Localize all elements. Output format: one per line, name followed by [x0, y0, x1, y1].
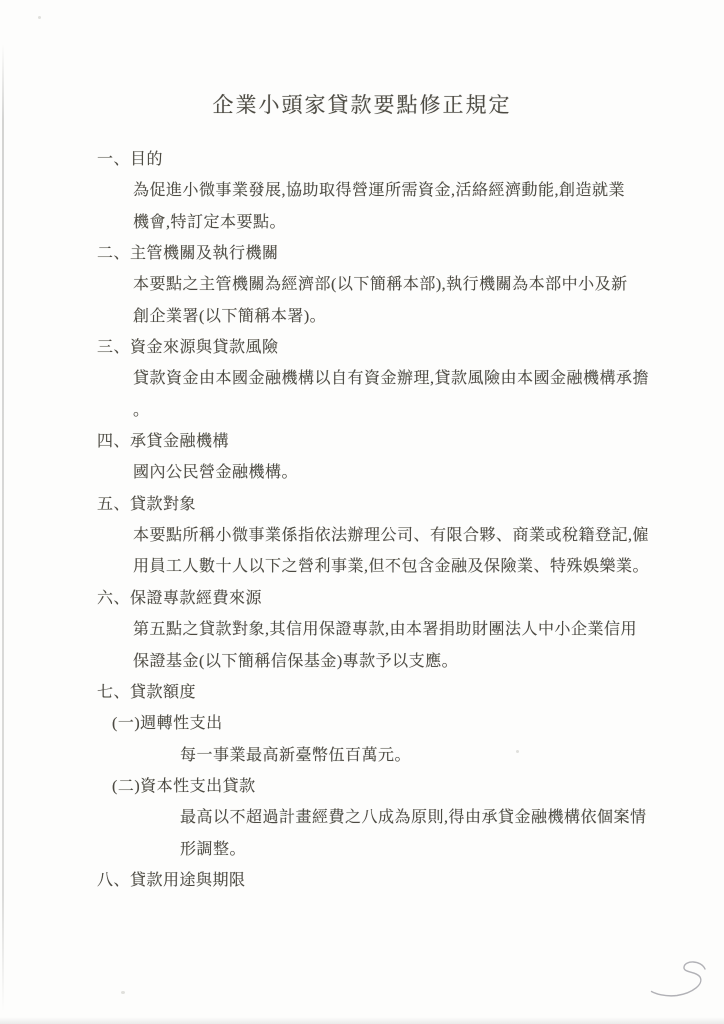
text-line: 本要點之主管機關為經濟部(以下簡稱本部),執行機關為本部中小及新: [0, 269, 724, 300]
scan-speck: [38, 16, 41, 19]
handwritten-page-number: 3: [650, 958, 712, 1006]
text-line: (二)資本性支出貸款: [0, 771, 724, 802]
section-heading: 七、貸款額度: [0, 677, 724, 708]
text-line: 本要點所稱小微事業係指依法辦理公司、有限合夥、商業或稅籍登記,僱: [0, 520, 724, 551]
text-line: 機會,特訂定本要點。: [0, 207, 724, 238]
handwritten-3-glyph: [650, 958, 712, 1006]
section-heading: 三、資金來源與貸款風險: [0, 332, 724, 363]
text-line: 國內公民營金融機構。: [0, 457, 724, 488]
text-line: 用員工人數十人以下之營利事業,但不包含金融及保險業、特殊娛樂業。: [0, 551, 724, 582]
section-heading: 四、承貸金融機構: [0, 426, 724, 457]
scanned-document-page: 企業小頭家貸款要點修正規定 一、目的為促進小微事業發展,協助取得營運所需資金,活…: [0, 0, 724, 1024]
text-line: 貸款資金由本國金融機構以自有資金辦理,貸款風險由本國金融機構承擔: [0, 363, 724, 394]
text-line: 。: [0, 395, 724, 426]
text-line: 保證基金(以下簡稱信保基金)專款予以支應。: [0, 646, 724, 677]
section-heading: 二、主管機關及執行機關: [0, 238, 724, 269]
text-line: 每一事業最高新臺幣伍百萬元。: [0, 740, 724, 771]
section-heading: 八、貸款用途與期限: [0, 865, 724, 896]
document-body: 一、目的為促進小微事業發展,協助取得營運所需資金,活絡經濟動能,創造就業機會,特…: [0, 144, 724, 896]
scan-bottom-shadow: [0, 1017, 724, 1024]
text-line: 為促進小微事業發展,協助取得營運所需資金,活絡經濟動能,創造就業: [0, 175, 724, 206]
section-heading: 六、保證專款經費來源: [0, 583, 724, 614]
document-title: 企業小頭家貸款要點修正規定: [0, 92, 724, 118]
text-line: 創企業署(以下簡稱本署)。: [0, 301, 724, 332]
section-heading: 一、目的: [0, 144, 724, 175]
scan-speck: [121, 991, 125, 994]
text-line: 第五點之貸款對象,其信用保證專款,由本署捐助財團法人中小企業信用: [0, 614, 724, 645]
section-heading: 五、貸款對象: [0, 489, 724, 520]
text-line: 形調整。: [0, 834, 724, 865]
text-line: (一)週轉性支出: [0, 708, 724, 739]
text-line: 最高以不超過計畫經費之八成為原則,得由承貸金融機構依個案情: [0, 802, 724, 833]
